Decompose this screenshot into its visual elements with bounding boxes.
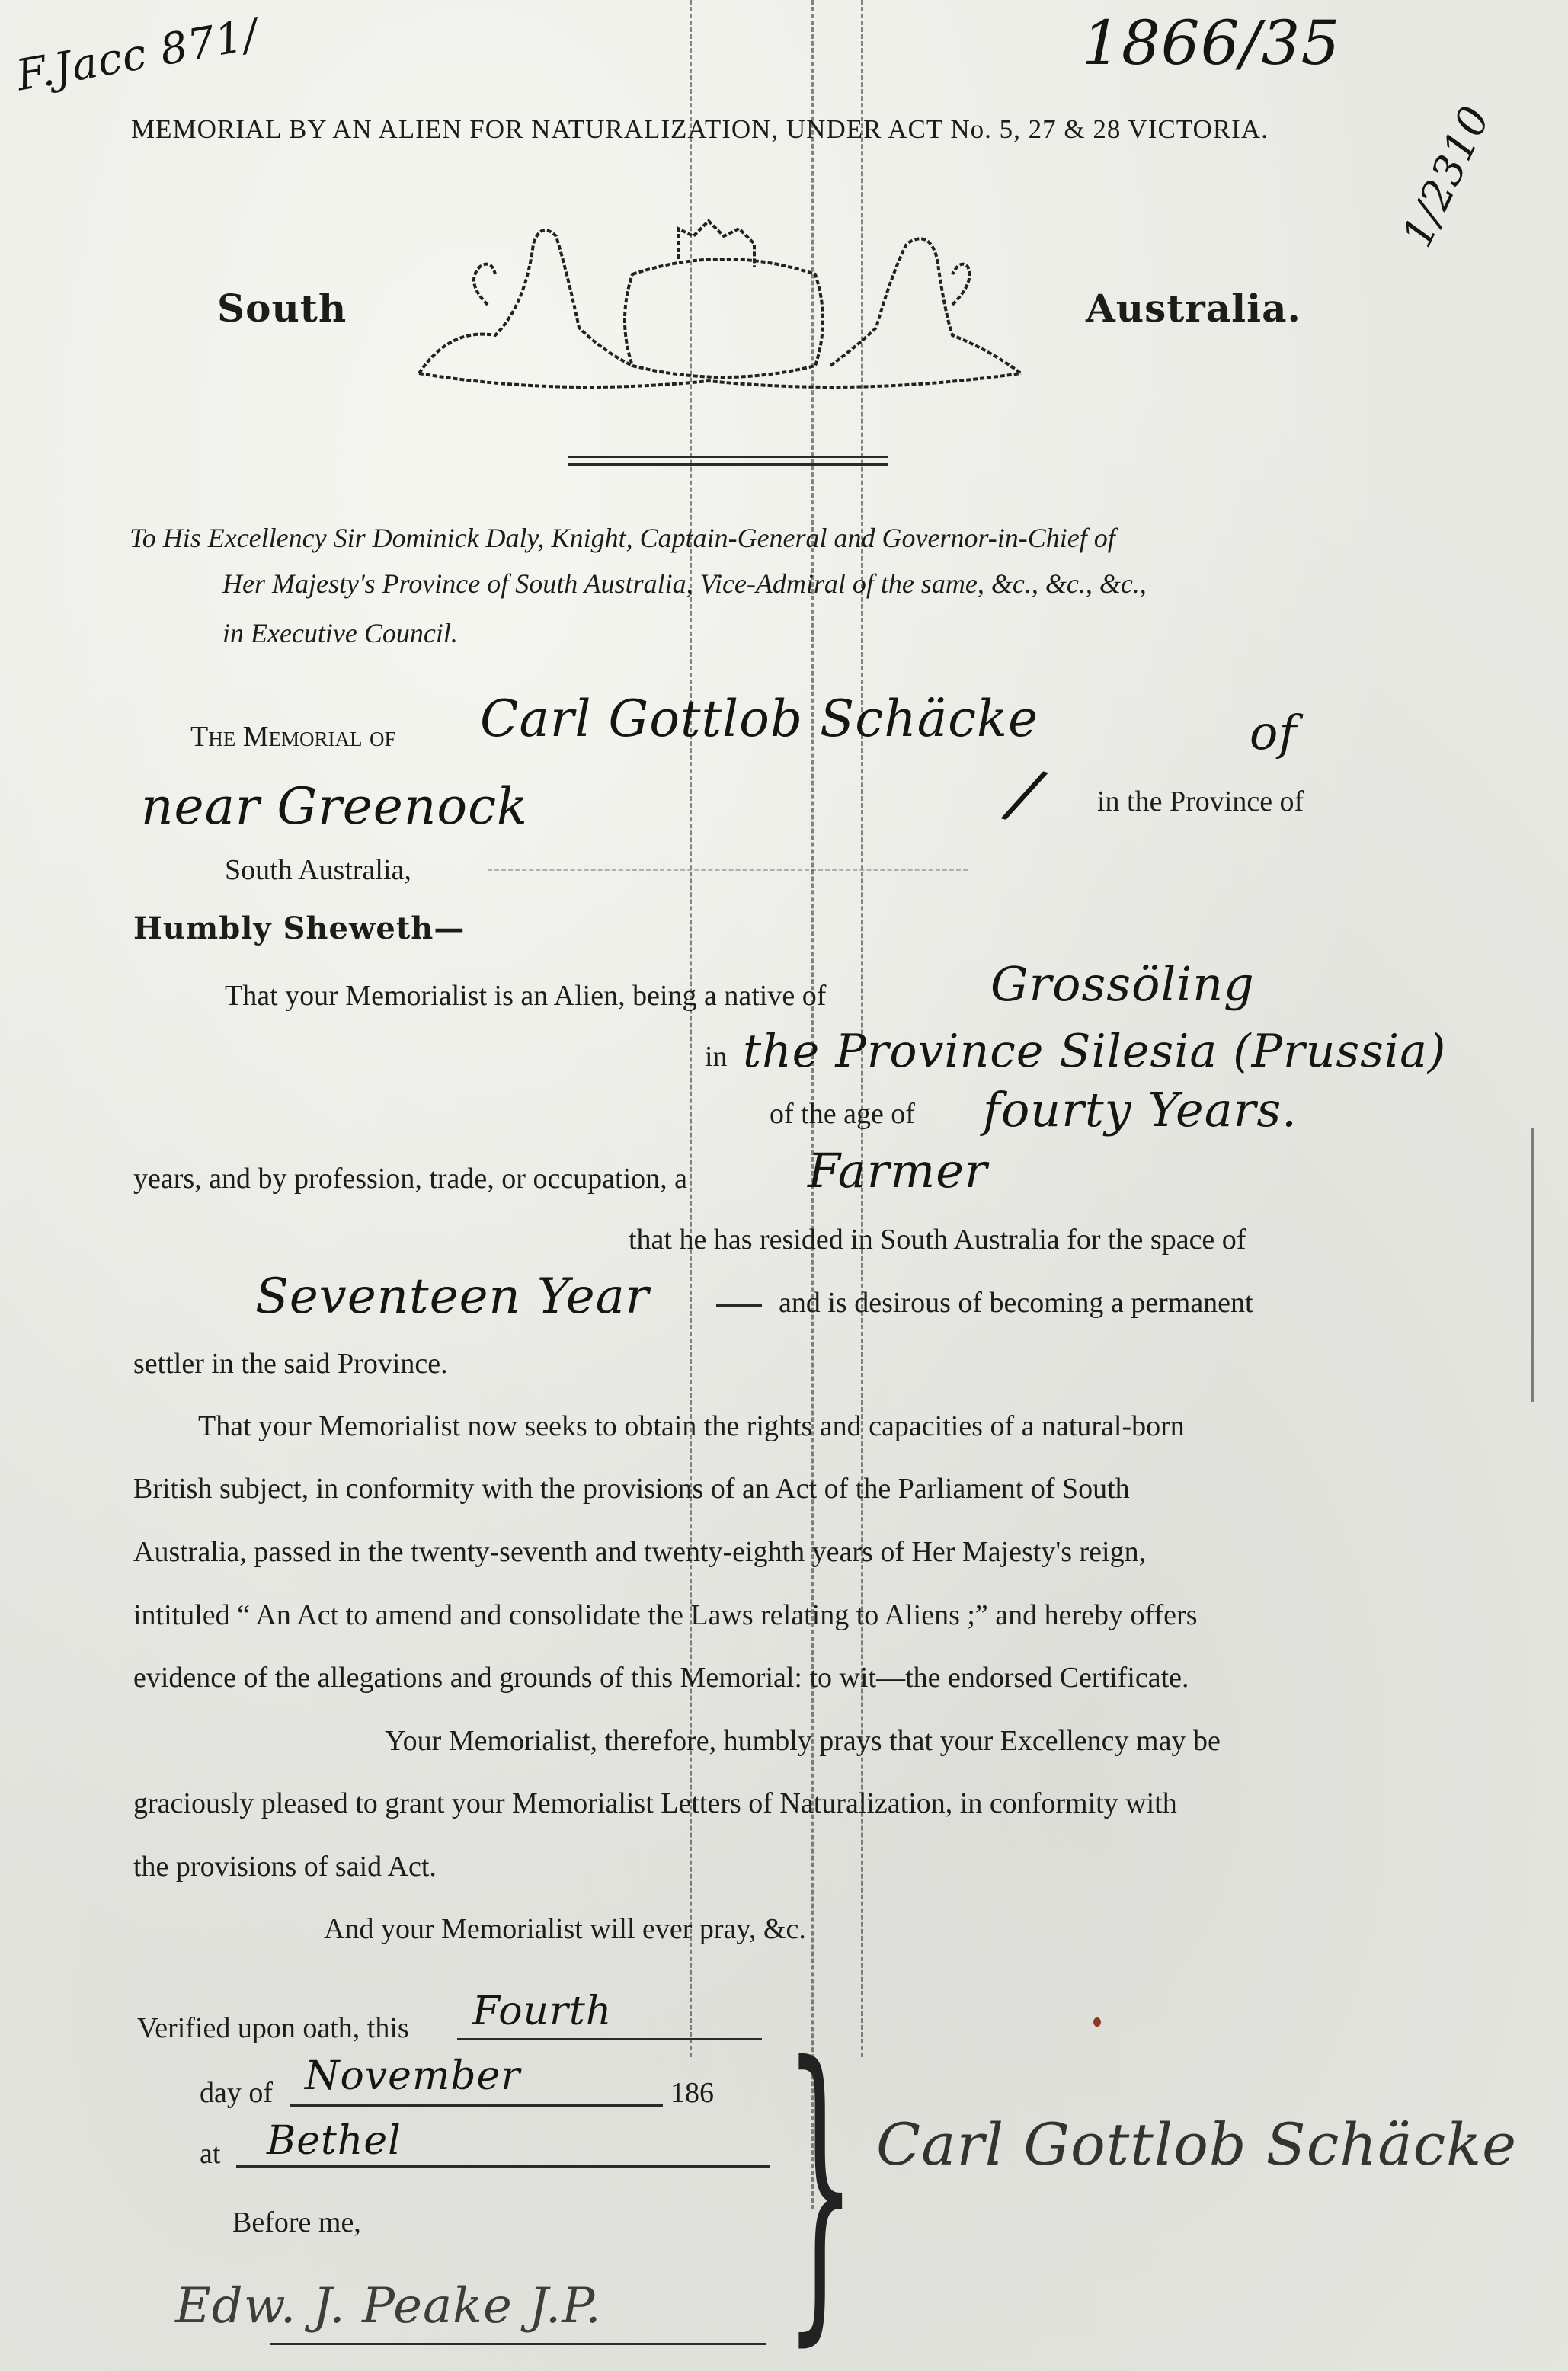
in-label: in [705, 1040, 728, 1074]
divider [568, 456, 888, 458]
age-label: of the age of [770, 1097, 915, 1131]
para3-line: the provisions of said Act. [133, 1850, 437, 1883]
edge-tab [1531, 1128, 1534, 1402]
para2-line: evidence of the allegations and grounds … [133, 1661, 1189, 1694]
signature-line [270, 2343, 766, 2345]
memorialist-name: Carl Gottlob Schäcke [480, 690, 1038, 748]
witness-signature: Edw. J. Peake J.P. [175, 2278, 602, 2334]
place-line [236, 2165, 770, 2168]
humbly-sheweth: Humbly Sheweth— [133, 910, 465, 946]
age-value: fourty Years. [983, 1082, 1298, 1138]
check-mark: / [1003, 753, 1047, 837]
province-value: the Province Silesia (Prussia) [743, 1025, 1446, 1078]
address-line-2: Her Majesty's Province of South Australi… [222, 568, 1147, 600]
header-australia: Australia. [1086, 286, 1301, 331]
address-line-3: in Executive Council. [222, 617, 458, 649]
at-label: at [200, 2137, 220, 2171]
annotation-top-left: F.Jacc 871/ [13, 10, 262, 101]
dash [716, 1304, 762, 1307]
before-me-label: Before me, [232, 2206, 361, 2239]
day-line [457, 2038, 762, 2040]
memorialist-signature: Carl Gottlob Schäcke [876, 2110, 1517, 2178]
divider [568, 463, 888, 466]
para2-line: That your Memorialist now seeks to obtai… [198, 1409, 1185, 1443]
occupation-value: Farmer [808, 1143, 988, 1198]
closing-text: And your Memorialist will ever pray, &c. [324, 1912, 806, 1946]
memorial-of: of [1250, 705, 1297, 760]
day-of-label: day of [200, 2076, 273, 2110]
year-label: 186 [670, 2076, 714, 2110]
resided-period-value: Seventeen Year [255, 1269, 649, 1325]
header-south: South [217, 286, 347, 331]
south-australia-label: South Australia, [225, 853, 411, 887]
resided-label: that he has resided in South Australia f… [629, 1223, 1246, 1256]
para2-line: intituled “ An Act to amend and consolid… [133, 1598, 1197, 1632]
form-title: MEMORIAL BY AN ALIEN FOR NATURALIZATION,… [131, 114, 1269, 145]
native-label: That your Memorialist is an Alien, being… [225, 979, 826, 1013]
month-line [290, 2104, 663, 2107]
occupation-label: years, and by profession, trade, or occu… [133, 1162, 687, 1195]
brace-icon: } [785, 2027, 856, 2347]
para3-line: Your Memorialist, therefore, humbly pray… [385, 1724, 1221, 1758]
memorial-label: The Memorial of [190, 720, 396, 754]
settler-text: settler in the said Province. [133, 1347, 448, 1381]
para2-line: British subject, in conformity with the … [133, 1472, 1130, 1505]
month-value: November [305, 2053, 520, 2099]
province-label: in the Province of [1097, 785, 1304, 818]
crest-icon [404, 213, 1036, 389]
annotation-file-number: 1866/35 [1082, 8, 1340, 78]
place-value: Bethel [267, 2118, 402, 2164]
para2-line: Australia, passed in the twenty-seventh … [133, 1535, 1146, 1569]
para3-line: graciously pleased to grant your Memoria… [133, 1787, 1177, 1820]
ink-stain [1093, 2017, 1101, 2027]
desirous-text: and is desirous of becoming a permanent [779, 1286, 1253, 1320]
day-value: Fourth [472, 1989, 612, 2034]
annotation-right-margin: 1/2310 [1393, 98, 1499, 254]
verified-label: Verified upon oath, this [137, 2011, 409, 2045]
blank-line [488, 869, 968, 871]
address-line-1: To His Excellency Sir Dominick Daly, Kni… [130, 522, 1115, 554]
native-place-value: Grossöling [990, 956, 1255, 1012]
residence-value: near Greenock [141, 777, 528, 836]
